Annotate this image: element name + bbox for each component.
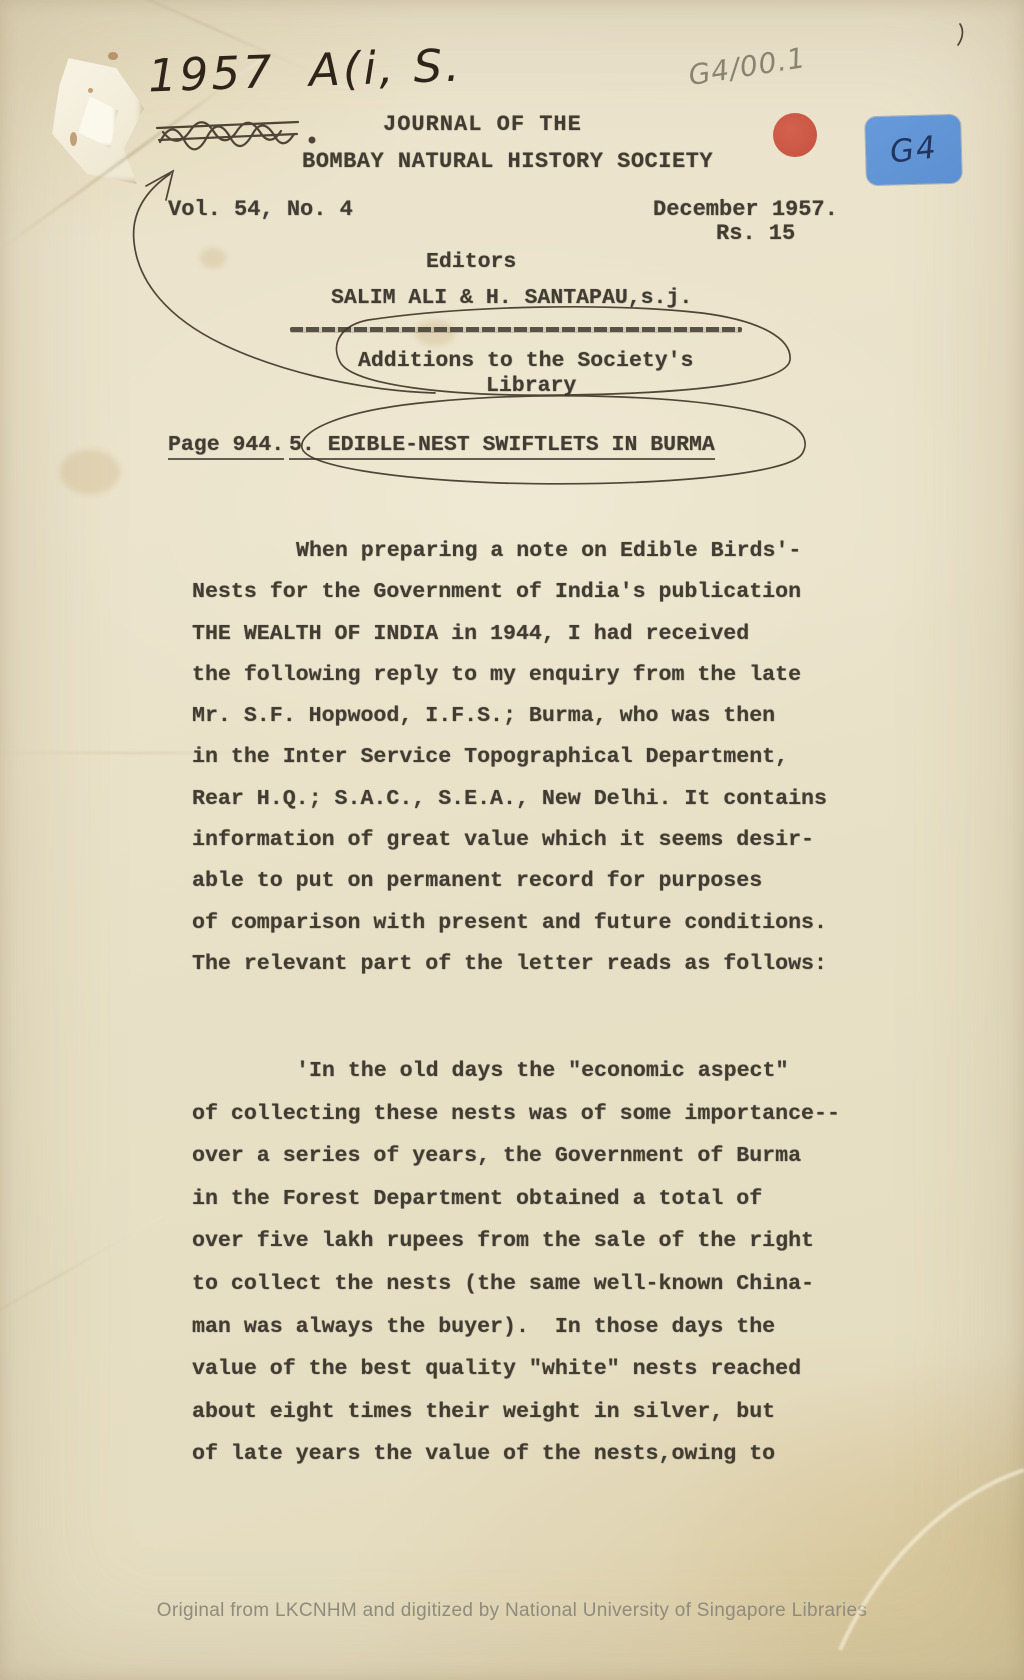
body-line: of comparison with present and future co… [192, 903, 827, 944]
body-line: man was always the buyer). In those days… [192, 1306, 840, 1349]
body-line: of collecting these nests was of some im… [192, 1093, 840, 1136]
body-line: Rear H.Q.; S.A.C., S.E.A., New Delhi. It… [192, 779, 827, 820]
body-paragraph-2: 'In the old days the "economic aspect" o… [192, 1050, 840, 1476]
typed-dash-divider [290, 327, 742, 332]
body-line: about eight times their weight in silver… [192, 1391, 840, 1434]
paper-stain [415, 320, 455, 346]
body-line: Nests for the Government of India's publ… [192, 572, 827, 613]
body-line: in the Inter Service Topographical Depar… [192, 737, 827, 778]
body-line: information of great value which it seem… [192, 820, 827, 861]
body-paragraph-1: When preparing a note on Edible Birds'- … [192, 531, 827, 985]
paper-stain [60, 450, 120, 494]
issue-price: Rs. 15 [716, 221, 795, 246]
body-line: of late years the value of the nests,owi… [192, 1433, 840, 1476]
red-dot-sticker [773, 113, 817, 157]
paper-stain [200, 248, 226, 268]
rust-speck [70, 132, 77, 146]
corner-pen-mark [958, 24, 962, 45]
rust-speck [88, 88, 93, 93]
scribble-strikeout [157, 122, 314, 149]
body-line: THE WEALTH OF INDIA in 1944, I had recei… [192, 614, 827, 655]
handwritten-accession-note: 1957 A(i, S. [147, 39, 463, 103]
body-line: Mr. S.F. Hopwood, I.F.S.; Burma, who was… [192, 696, 827, 737]
page-fold-arc [820, 1400, 1024, 1680]
circled-section-title-line2: Library [486, 374, 576, 398]
body-line: value of the best quality "white" nests … [192, 1348, 840, 1391]
body-line: the following reply to my enquiry from t… [192, 655, 827, 696]
editors-label: Editors [426, 250, 516, 274]
body-line: to collect the nests (the same well-know… [192, 1263, 840, 1306]
body-line: The relevant part of the letter reads as… [192, 944, 827, 985]
pencil-shelfmark: G4/00.1 [686, 41, 808, 92]
body-line: able to put on permanent record for purp… [192, 861, 827, 902]
journal-title-line1: JOURNAL OF THE [383, 112, 582, 137]
body-line: When preparing a note on Edible Birds'- [192, 531, 827, 572]
body-line: 'In the old days the "economic aspect" [192, 1050, 840, 1093]
body-line: in the Forest Department obtained a tota… [192, 1178, 840, 1221]
article-heading: 5. EDIBLE-NEST SWIFTLETS IN BURMA [289, 433, 715, 460]
circled-section-title-line1: Additions to the Society's [358, 349, 693, 373]
editors-names: SALIM ALI & H. SANTAPAU,s.j. [331, 286, 692, 310]
scanned-journal-page: 1957 A(i, S. G4/00.1 G4 JOURNAL OF THE B… [0, 0, 1024, 1680]
blue-label-sticker: G4 [865, 115, 962, 185]
journal-title-line2: BOMBAY NATURAL HISTORY SOCIETY [302, 149, 713, 174]
volume-issue: Vol. 54, No. 4 [168, 197, 353, 222]
paper-crease [0, 1215, 163, 1347]
body-line: over five lakh rupees from the sale of t… [192, 1220, 840, 1263]
body-line: over a series of years, the Government o… [192, 1135, 840, 1178]
page-reference: Page 944. [168, 433, 284, 460]
issue-date: December 1957. [653, 197, 838, 222]
blue-label-text: G4 [888, 129, 940, 170]
rust-speck [108, 52, 118, 60]
